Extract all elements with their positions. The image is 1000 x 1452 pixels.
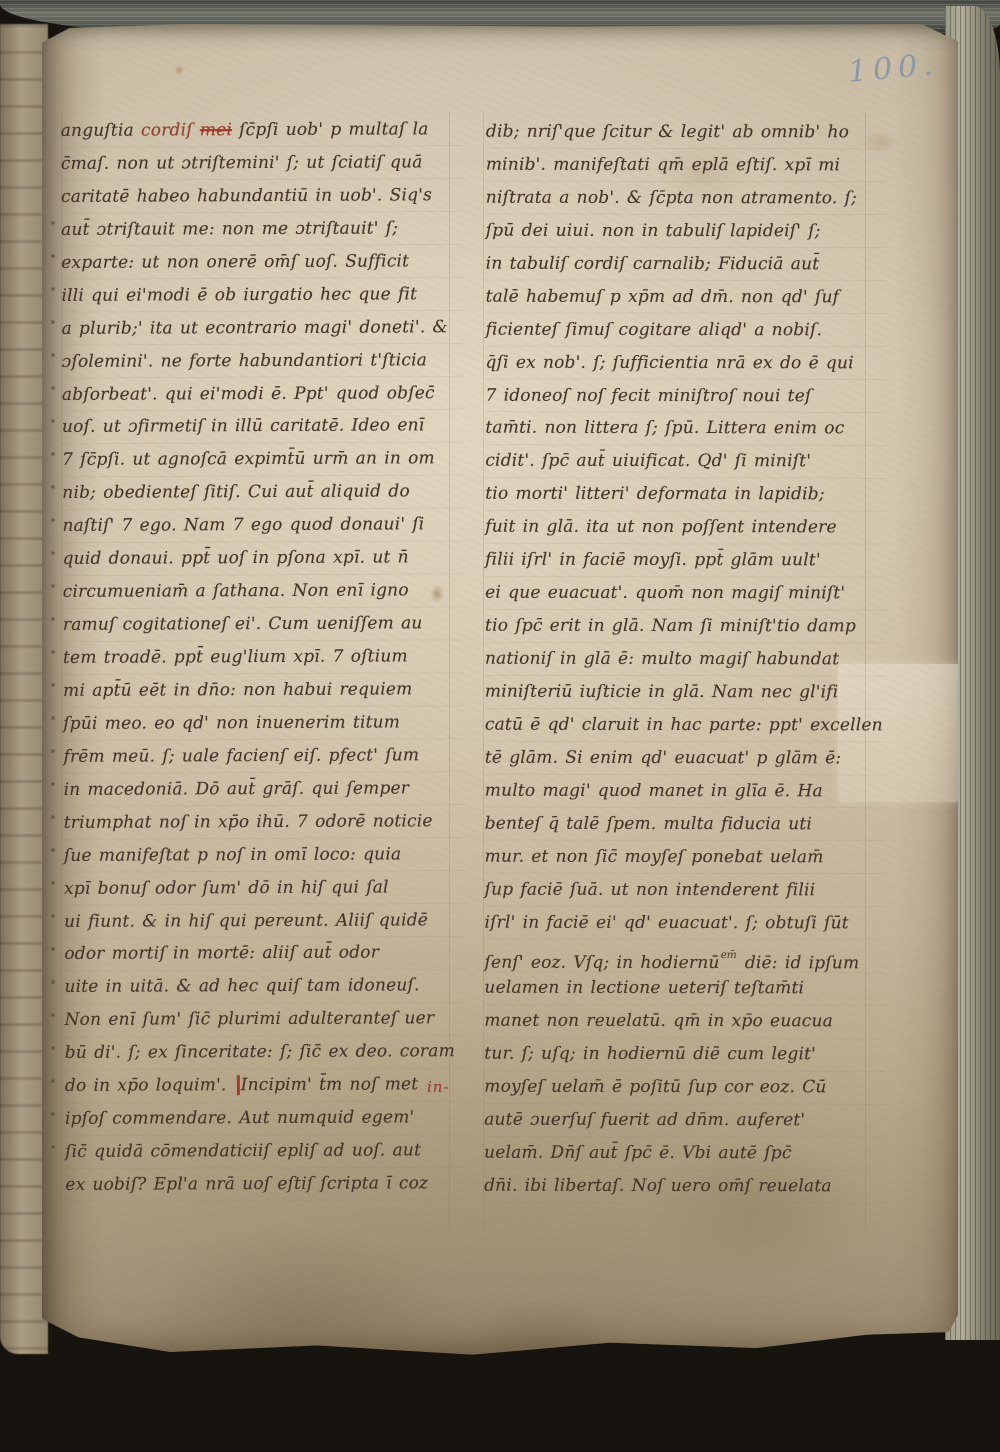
manuscript-line: bū di'. ſ; ex ſinceritate: ſ; ſic̄ ex de… [65, 1035, 467, 1070]
manuscript-line: niſtrata a nob'. & ſc̄pta non atramento.… [486, 182, 888, 216]
pricking-marks [50, 220, 56, 1150]
facing-page-edge [0, 24, 48, 1354]
manuscript-photo: { "page": { "folio_number": "100.", "mar… [0, 0, 1000, 1452]
manuscript-line: c̄maſ. non ut ɔtriſtemini' ſ; ut ſciatiſ… [61, 146, 463, 181]
manuscript-line: mur. et non ſic̄ moyſeſ ponebat uelam̄ [485, 840, 887, 874]
manuscript-line: 7 idoneoſ noſ fecit miniſtroſ noui teſ [485, 379, 887, 413]
manuscript-line: circumueniam̄ a ſathana. Non enī igno [63, 574, 465, 609]
manuscript-line: dib; nriſ'que ſcitur & legit' ab omnib' … [486, 116, 888, 150]
text-column-left: anguſtia cordiſ mei ſc̄pſi uob' p multaſ… [61, 113, 468, 1202]
manuscript-line: a plurib;' ita ut econtrario magi' donet… [61, 311, 463, 346]
manuscript-line: ſpū dei uiui. non in tabuliſ lapideiſ' ſ… [486, 214, 888, 248]
manuscript-text-segment: I [237, 1075, 248, 1095]
manuscript-line: in macedoniā. Dō aut̄ grāſ. qui ſemper [64, 772, 466, 807]
manuscript-line: filii iſrl' in faciē moyſi. ppt̄ glām uu… [485, 544, 887, 578]
manuscript-line: iſrl' in faciē ei' qd' euacuat'. ſ; obtu… [485, 906, 887, 940]
manuscript-line: manet non reuelatū. qm̄ in xp̄o euacua [484, 1005, 886, 1039]
manuscript-line: aut̄ ɔtriſtauit me: non me ɔtriſtauit' ſ… [61, 212, 463, 247]
manuscript-text-segment: do in xp̄o loquim'. [65, 1075, 234, 1096]
manuscript-line: uoſ. ut ɔfirmetiſ in illū caritatē. Ideo… [62, 410, 464, 445]
manuscript-line: tio morti' litteri' deformata in lapidib… [485, 478, 887, 512]
manuscript-text-segment: ſenſ' eoz. Vſq; in hodiernū [484, 953, 719, 973]
manuscript-text-segment: diē: id ipſum [738, 954, 860, 974]
manuscript-line: ficienteſ ſimuſ cogitare aliqd' a nobiſ. [486, 313, 888, 347]
manuscript-line: moyſeſ uelam̄ ē poſitū ſup cor eoz. Cū [484, 1071, 886, 1105]
manuscript-line: fuit in glā. ita ut non poſſent intender… [485, 511, 887, 545]
manuscript-line: xpī bonuſ odor ſum' dō in hiſ qui ſal [64, 871, 466, 906]
text-column-right: dib; nriſ'que ſcitur & legit' ab omnib' … [484, 116, 888, 1204]
manuscript-line: dn̄i. ibi libertaſ. Noſ uero om̄ſ reuela… [484, 1170, 886, 1204]
manuscript-line: ſenſ' eoz. Vſq; in hodiernūem̄ diē: id i… [484, 939, 886, 973]
manuscript-line: nib; obedienteſ ſitiſ. Cui aut̄ aliquid … [62, 475, 464, 510]
manuscript-line: ei que euacuat'. quom̄ non magiſ miniſt' [485, 577, 887, 611]
manuscript-line: ɔſolemini'. ne forte habundantiori t'ſti… [62, 344, 464, 379]
manuscript-line: 7 ſc̄pſi. ut agnoſcā expimt̄ū urm̄ an in… [62, 443, 464, 478]
manuscript-text-segment: cordiſ [141, 120, 193, 140]
manuscript-line: uelam̄. Dn̄ſ aut̄ ſpc̄ ē. Vbi autē ſpc̄ [484, 1137, 886, 1171]
manuscript-line: ſpūi meo. eo qd' non inuenerim titum [63, 706, 465, 741]
manuscript-line: tē glām. Si enim qd' euacuat' p glām ē: [485, 741, 887, 775]
manuscript-line: caritatē habeo habundantiū in uob'. Siq'… [61, 179, 463, 214]
manuscript-line: talē habemuſ p xp̄m ad dm̄. non qd' ſuf [486, 280, 888, 314]
manuscript-line: nationiſ in glā ē: multo magiſ habundat [485, 643, 887, 677]
manuscript-line: tur. ſ; uſq; in hodiernū diē cum legit' [484, 1038, 886, 1072]
manuscript-line: minib'. manifeſtati qm̄ eplā eſtiſ. xpī … [486, 149, 888, 183]
manuscript-line: q̄ſi ex nob'. ſ; ſufficientia nrā ex do … [485, 346, 887, 380]
manuscript-text-segment: mei [200, 120, 232, 140]
manuscript-line: miniſteriū iuſticie in glā. Nam nec gl'i… [485, 676, 887, 710]
manuscript-line: do in xp̄o loquim'. Incipim' t̄m noſ met [65, 1068, 467, 1103]
manuscript-line: multo magi' quod manet in glīa ē. Ha [485, 774, 887, 808]
manuscript-line: benteſ q̄ talē ſpem. multa fiducia uti [485, 807, 887, 841]
manuscript-line: ramuſ cogitationeſ ei'. Cum ueniſſem au [63, 607, 465, 642]
manuscript-line: in tabuliſ cordiſ carnalib; Fiduciā aut̄ [486, 247, 888, 281]
manuscript-line: odor mortiſ in mortē: aliiſ aut̄ odor [64, 937, 466, 972]
manuscript-line: uelamen in lectione ueteriſ teſtam̄ti [484, 972, 886, 1006]
manuscript-line: uite in uitā. & ad hec quiſ tam idoneuſ. [64, 969, 466, 1004]
manuscript-line: ſic̄ quidā cōmendaticiiſ epliſ ad uoſ. a… [65, 1134, 467, 1169]
manuscript-line: ui fiunt. & in hiſ qui pereunt. Aliiſ qu… [64, 904, 466, 939]
folio-number: 100. [847, 50, 940, 88]
manuscript-text-segment: em̄ [721, 949, 737, 961]
manuscript-line: tam̄ti. non littera ſ; ſpū. Littera enim… [485, 412, 887, 446]
manuscript-line: ſup faciē ſuā. ut non intenderent filii [485, 873, 887, 907]
manuscript-line: triumphat noſ in xp̄o ihū. 7 odorē notic… [64, 805, 466, 840]
margin-note-red: in- [427, 1071, 450, 1104]
manuscript-line: autē ɔuerſuſ fuerit ad dn̄m. auferet' [484, 1104, 886, 1138]
manuscript-line: tio ſpc̄ erit in glā. Nam ſi miniſt'tio … [485, 610, 887, 644]
manuscript-text-segment: anguſtia [61, 121, 141, 141]
manuscript-line: cidit'. ſpc̄ aut̄ uiuificat. Qd' ſi mini… [485, 445, 887, 479]
manuscript-line: illi qui ei'modi ē ob iurgatio hec que f… [61, 278, 463, 313]
manuscript-line: frēm meū. ſ; uale facienſ eiſ. pfect' ſu… [63, 739, 465, 774]
manuscript-line: ſue manifeſtat p noſ in omī loco: quia [64, 838, 466, 873]
manuscript-line: catū ē qd' claruit in hac parte: ppt' ex… [485, 709, 887, 743]
manuscript-page: 100. anguſtia cordiſ mei ſc̄pſi uob' p m… [42, 24, 958, 1356]
manuscript-line: tem troadē. ppt̄ eug'lium xpī. 7 oſtium [63, 640, 465, 675]
manuscript-line: abſorbeat'. qui ei'modi ē. Ppt' quod obſ… [62, 377, 464, 412]
manuscript-line: naſtiſ' 7 ego. Nam 7 ego quod donaui' ſi [62, 508, 464, 543]
manuscript-text-segment: ſc̄pſi uob' p multaſ la [232, 119, 429, 140]
manuscript-line: quid donaui. ppt̄ uoſ in pſona xpī. ut n… [62, 541, 464, 576]
manuscript-line: ex uobiſ? Epl'a nrā uoſ eſtiſ ſcripta ī … [65, 1167, 467, 1202]
manuscript-line: mi apt̄ū eēt in dn̄o: non habui requiem [63, 673, 465, 708]
manuscript-line: Non enī ſum' ſic̄ plurimi adulteranteſ u… [65, 1002, 467, 1037]
manuscript-line: exparte: ut non onerē om̄ſ uoſ. Sufficit [61, 245, 463, 280]
manuscript-text-segment: ncipim' t̄m noſ met [248, 1075, 419, 1096]
manuscript-line: anguſtia cordiſ mei ſc̄pſi uob' p multaſ… [61, 113, 463, 148]
manuscript-line: ipſoſ commendare. Aut numquid egem' [65, 1101, 467, 1136]
